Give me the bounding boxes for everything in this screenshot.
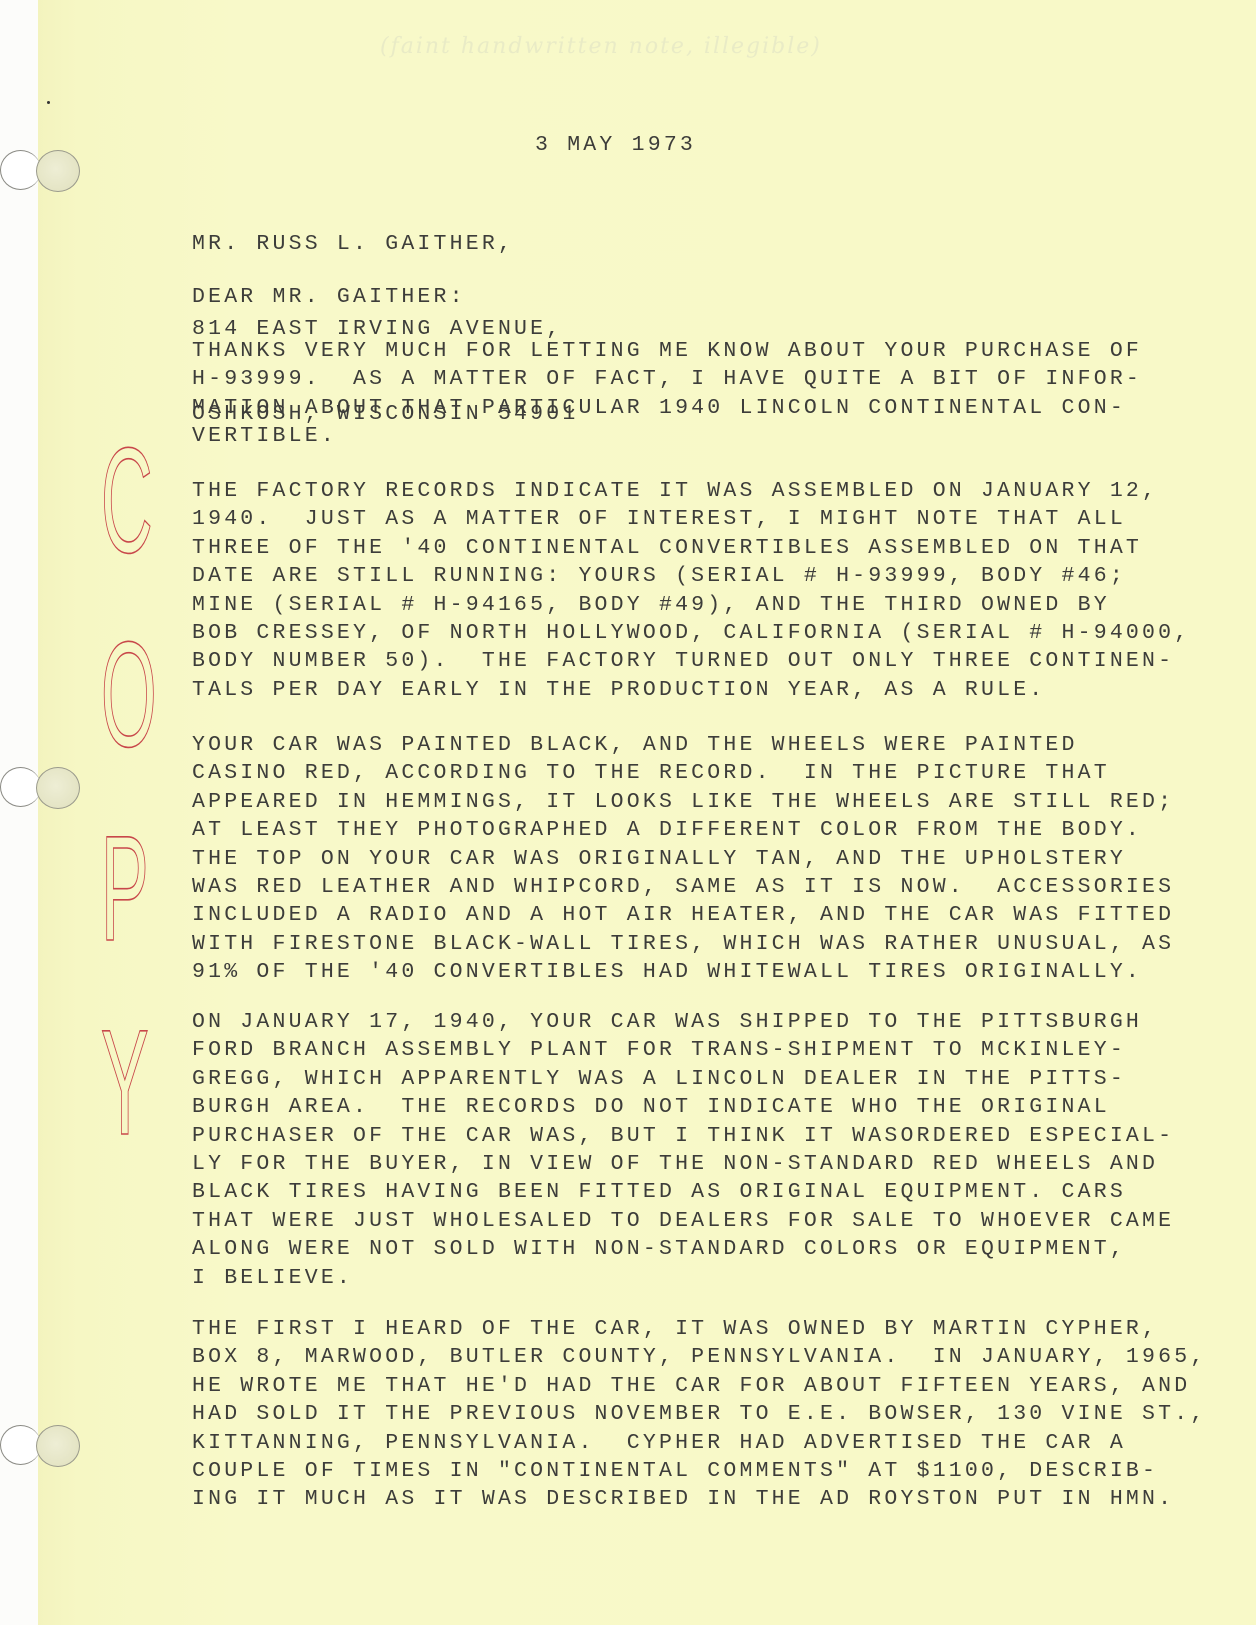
- paragraph-line: The top on your car was originally tan, …: [192, 845, 1174, 873]
- paragraph-line: 91% of the '40 convertibles had whitewal…: [192, 958, 1174, 986]
- paragraph-ownership-history: The first I heard of the car, it was own…: [192, 1315, 1206, 1514]
- paragraph-paint-and-accessories: Your car was painted black, and the whee…: [192, 731, 1174, 987]
- paragraph-line: The first I heard of the car, it was own…: [192, 1315, 1206, 1343]
- paragraph-line: Thanks very much for letting me know abo…: [192, 337, 1142, 365]
- paragraph-line: Casino Red, according to the record. In …: [192, 759, 1174, 787]
- paragraph-factory-records: The factory records indicate it was asse…: [192, 477, 1190, 704]
- paragraph-line: ing it much as it was described in the a…: [192, 1485, 1206, 1513]
- paragraph-line: three of the '40 Continental convertible…: [192, 534, 1190, 562]
- paragraph-line: I believe.: [192, 1264, 1174, 1292]
- punch-hole-top: [36, 150, 80, 192]
- punch-hole-bottom: [36, 1425, 80, 1467]
- ink-speck: [47, 101, 50, 104]
- paragraph-purchase-thanks: Thanks very much for letting me know abo…: [192, 337, 1142, 451]
- paragraph-line: mine (serial # H-94165, body #49), and t…: [192, 591, 1190, 619]
- paragraph-line: couple of times in "Continental Comments…: [192, 1457, 1206, 1485]
- paragraph-line: had sold it the previous November to E.E…: [192, 1400, 1206, 1428]
- paragraph-line: date are still running: yours (serial # …: [192, 562, 1190, 590]
- paragraph-line: mation about that particular 1940 Lincol…: [192, 394, 1142, 422]
- punch-hole-top-outer: [0, 150, 41, 190]
- paragraph-line: was red leather and whipcord, same as it…: [192, 873, 1174, 901]
- paragraph-shipment-history: On January 17, 1940, your car was shippe…: [192, 1008, 1174, 1292]
- paragraph-line: Kittanning, Pennsylvania. Cypher had adv…: [192, 1429, 1206, 1457]
- paragraph-line: along were not sold with non-standard co…: [192, 1235, 1174, 1263]
- paragraph-line: 1940. Just as a matter of interest, I mi…: [192, 505, 1190, 533]
- punch-hole-middle-outer: [0, 767, 41, 807]
- paragraph-line: with Firestone black-wall tires, which w…: [192, 930, 1174, 958]
- paragraph-line: included a radio and a hot air heater, a…: [192, 901, 1174, 929]
- copy-stamp-letter: P: [101, 808, 139, 968]
- paragraph-line: appeared in Hemmings, it looks like the …: [192, 788, 1174, 816]
- salutation: Dear Mr. Gaither:: [192, 283, 466, 311]
- letter-date: 3 May 1973: [535, 131, 696, 159]
- copy-stamp-letter: Y: [101, 1002, 139, 1162]
- paragraph-line: On January 17, 1940, your car was shippe…: [192, 1008, 1174, 1036]
- paragraph-line: vertible.: [192, 422, 1142, 450]
- copy-stamp-letter: C: [101, 420, 139, 580]
- paragraph-line: Gregg, which apparently was a Lincoln de…: [192, 1065, 1174, 1093]
- copy-stamp: C O P Y: [80, 420, 160, 1196]
- paragraph-line: at least they photographed a different c…: [192, 816, 1174, 844]
- copy-stamp-letter: O: [101, 614, 139, 774]
- paragraph-line: H-93999. As a matter of fact, I have qui…: [192, 365, 1142, 393]
- punch-hole-bottom-outer: [0, 1425, 41, 1465]
- faint-handwritten-note: (faint handwritten note, illegible): [380, 34, 822, 59]
- paragraph-line: burgh area. The records do not indicate …: [192, 1093, 1174, 1121]
- paragraph-line: ly for the buyer, in view of the non-sta…: [192, 1150, 1174, 1178]
- address-line-name: Mr. Russ L. Gaither,: [192, 230, 578, 258]
- paragraph-line: body number 50). The factory turned out …: [192, 647, 1190, 675]
- paragraph-line: Ford Branch Assembly Plant for trans-shi…: [192, 1036, 1174, 1064]
- paragraph-line: black tires having been fitted as origin…: [192, 1178, 1174, 1206]
- paragraph-line: he wrote me that he'd had the car for ab…: [192, 1372, 1206, 1400]
- paragraph-line: Bob Cressey, of North Hollywood, Califor…: [192, 619, 1190, 647]
- paragraph-line: Your car was painted black, and the whee…: [192, 731, 1174, 759]
- paragraph-line: tals per day early in the production yea…: [192, 676, 1190, 704]
- paragraph-line: that were just wholesaled to dealers for…: [192, 1207, 1174, 1235]
- scan-background-strip: [0, 0, 38, 1625]
- paragraph-line: purchaser of the car was, but I think it…: [192, 1122, 1174, 1150]
- punch-hole-middle: [36, 767, 80, 809]
- paragraph-line: Box 8, Marwood, Butler County, Pennsylva…: [192, 1343, 1206, 1371]
- paragraph-line: The factory records indicate it was asse…: [192, 477, 1190, 505]
